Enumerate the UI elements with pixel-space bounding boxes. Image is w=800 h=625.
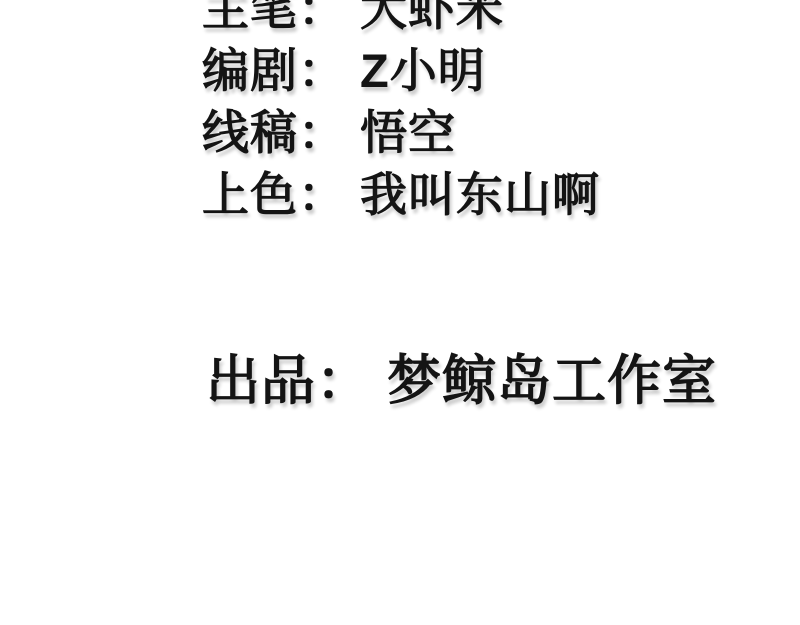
credit-row-screenwriter: 编剧：Z小明 — [202, 40, 600, 102]
role-label: 主笔 — [202, 0, 298, 35]
credit-name: 悟空 — [360, 106, 456, 159]
colon-separator: ： — [298, 44, 346, 97]
credit-row-lead-artist: 主笔：大虾米 — [202, 0, 600, 40]
role-label: 线稿 — [202, 106, 298, 159]
credit-name: 大虾米 — [360, 0, 504, 35]
credits-page: { "page": { "background": "#ffffff", "te… — [0, 0, 800, 625]
colon-separator: ： — [298, 0, 346, 35]
colon-separator: ： — [298, 106, 346, 159]
colon-separator: ： — [298, 168, 346, 221]
colon-separator: ： — [316, 351, 371, 411]
staff-credits-list: 主笔：大虾米 编剧：Z小明 线稿：悟空 上色：我叫东山啊 — [202, 0, 600, 226]
credit-row-coloring: 上色：我叫东山啊 — [202, 164, 600, 226]
credit-name: 我叫东山啊 — [360, 168, 600, 221]
production-role-label: 出品 — [206, 351, 316, 411]
credit-name: Z小明 — [360, 44, 486, 97]
production-studio-name: 梦鲸岛工作室 — [387, 351, 717, 411]
credit-row-line-art: 线稿：悟空 — [202, 102, 600, 164]
role-label: 编剧 — [202, 44, 298, 97]
role-label: 上色 — [202, 168, 298, 221]
production-credit-row: 出品：梦鲸岛工作室 — [206, 350, 717, 412]
